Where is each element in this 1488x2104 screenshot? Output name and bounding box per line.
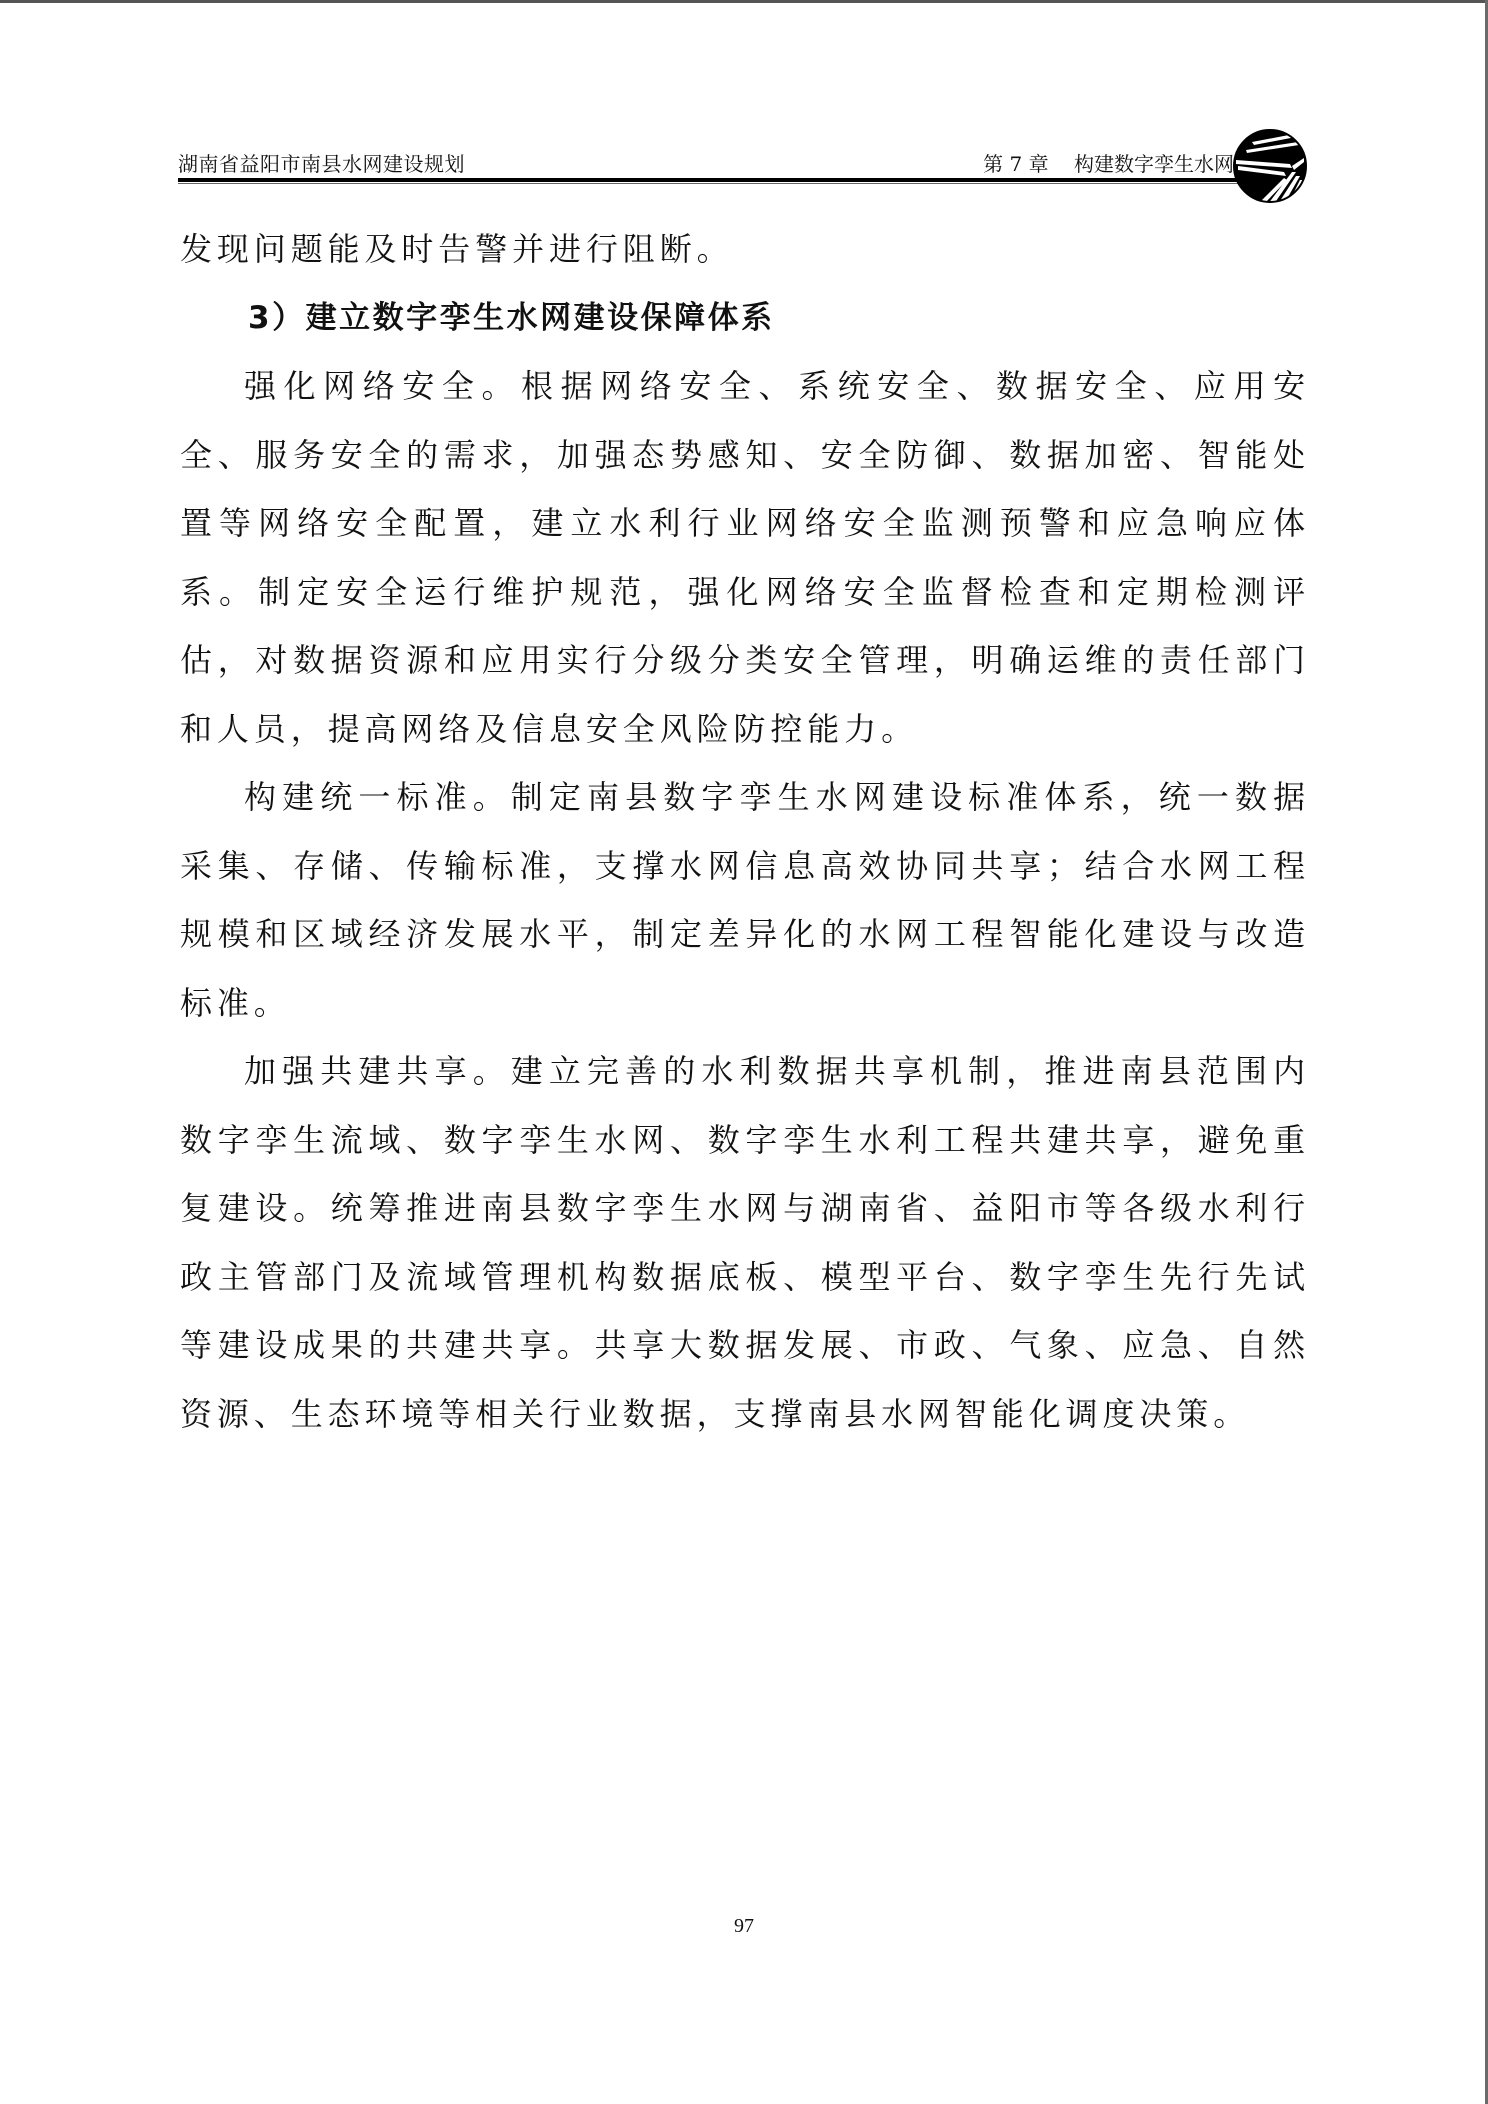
page-edge-top (0, 0, 1488, 3)
paragraph-network-security: 强化网络安全。根据网络安全、系统安全、数据安全、应用安全、服务安全的需求，加强态… (180, 352, 1310, 763)
page-body: 发现问题能及时告警并进行阻断。 3）建立数字孪生水网建设保障体系 强化网络安全。… (180, 215, 1310, 1448)
header-rule-thin (178, 183, 1253, 184)
header-rule (178, 178, 1253, 182)
paragraph-continuation: 发现问题能及时告警并进行阻断。 (180, 215, 1310, 284)
paragraph-co-construction-sharing: 加强共建共享。建立完善的水利数据共享机制，推进南县范围内数字孪生流域、数字孪生水… (180, 1037, 1310, 1448)
paragraph-unified-standards: 构建统一标准。制定南县数字孪生水网建设标准体系，统一数据采集、存储、传输标准，支… (180, 763, 1310, 1037)
water-channel-emblem-icon (1232, 128, 1308, 204)
section-heading: 3）建立数字孪生水网建设保障体系 (180, 284, 1310, 353)
page-number: 97 (0, 1915, 1488, 1938)
document-title: 湖南省益阳市南县水网建设规划 (178, 148, 465, 177)
chapter-title: 第 7 章 构建数字孪生水网 (983, 148, 1234, 177)
